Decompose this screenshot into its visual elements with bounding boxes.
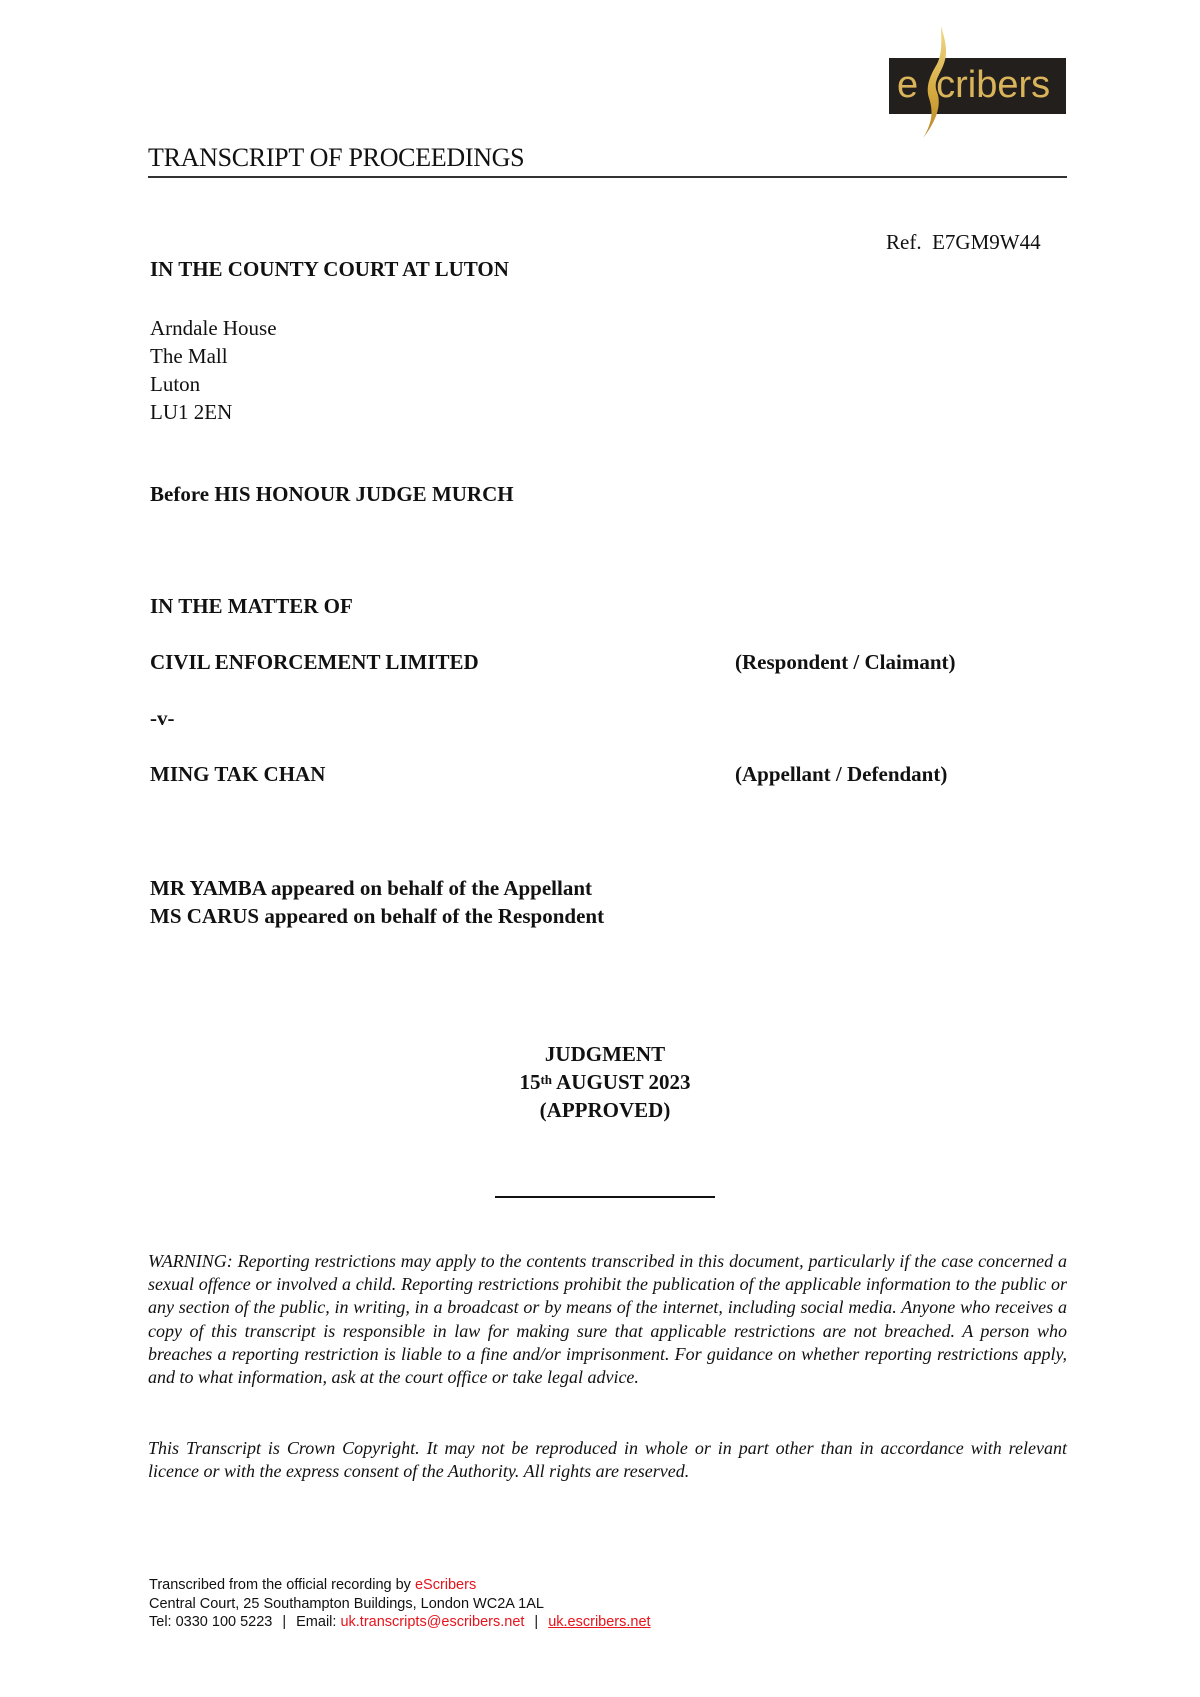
court-address: Arndale House The Mall Luton LU1 2EN [150,314,277,426]
copyright-notice: This Transcript is Crown Copyright. It m… [148,1437,1067,1483]
ref-label: Ref. [886,230,922,254]
website-link[interactable]: uk.escribers.net [548,1614,650,1630]
title-divider [148,176,1067,178]
separator: | [272,1613,296,1632]
email-link[interactable]: uk.transcripts@escribers.net [340,1614,524,1630]
footer-contact-line: Tel: 0330 100 5223|Email: uk.transcripts… [149,1613,651,1632]
appearance-line: MS CARUS appeared on behalf of the Respo… [150,902,604,930]
judgment-block: JUDGMENT 15th AUGUST 2023 (APPROVED) [400,1040,810,1124]
reporting-restrictions-warning: WARNING: Reporting restrictions may appl… [148,1250,1067,1389]
separator: | [524,1613,548,1632]
logo-wordmark: ecribers [897,62,1050,108]
ref-value: E7GM9W44 [932,230,1041,254]
footer-address: Central Court, 25 Southampton Buildings,… [149,1595,651,1614]
court-name: IN THE COUNTY COURT AT LUTON [150,257,509,282]
footer: Transcribed from the official recording … [149,1576,651,1632]
company-name: eScribers [415,1577,476,1593]
judgment-heading: JUDGMENT [400,1040,810,1068]
versus-marker: -v- [150,706,175,731]
footer-transcribed-line: Transcribed from the official recording … [149,1576,651,1595]
document-title: TRANSCRIPT OF PROCEEDINGS [148,143,524,173]
appearance-line: MR YAMBA appeared on behalf of the Appel… [150,874,604,902]
appellant-name: MING TAK CHAN [150,762,325,787]
address-line: LU1 2EN [150,398,277,426]
judgment-status: (APPROVED) [400,1096,810,1124]
address-line: Luton [150,370,277,398]
escribers-logo: ecribers [889,58,1066,114]
appellant-role: (Appellant / Defendant) [735,762,947,787]
section-divider [495,1196,715,1198]
telephone: Tel: 0330 100 5223 [149,1614,272,1630]
case-reference: Ref. E7GM9W44 [886,230,1041,255]
address-line: The Mall [150,342,277,370]
respondent-role: (Respondent / Claimant) [735,650,956,675]
respondent-name: CIVIL ENFORCEMENT LIMITED [150,650,479,675]
matter-heading: IN THE MATTER OF [150,594,353,619]
appearances: MR YAMBA appeared on behalf of the Appel… [150,874,604,930]
judgment-date: 15th AUGUST 2023 [400,1068,810,1096]
email-label: Email: [296,1614,340,1630]
address-line: Arndale House [150,314,277,342]
judge-line: Before HIS HONOUR JUDGE MURCH [150,482,514,507]
